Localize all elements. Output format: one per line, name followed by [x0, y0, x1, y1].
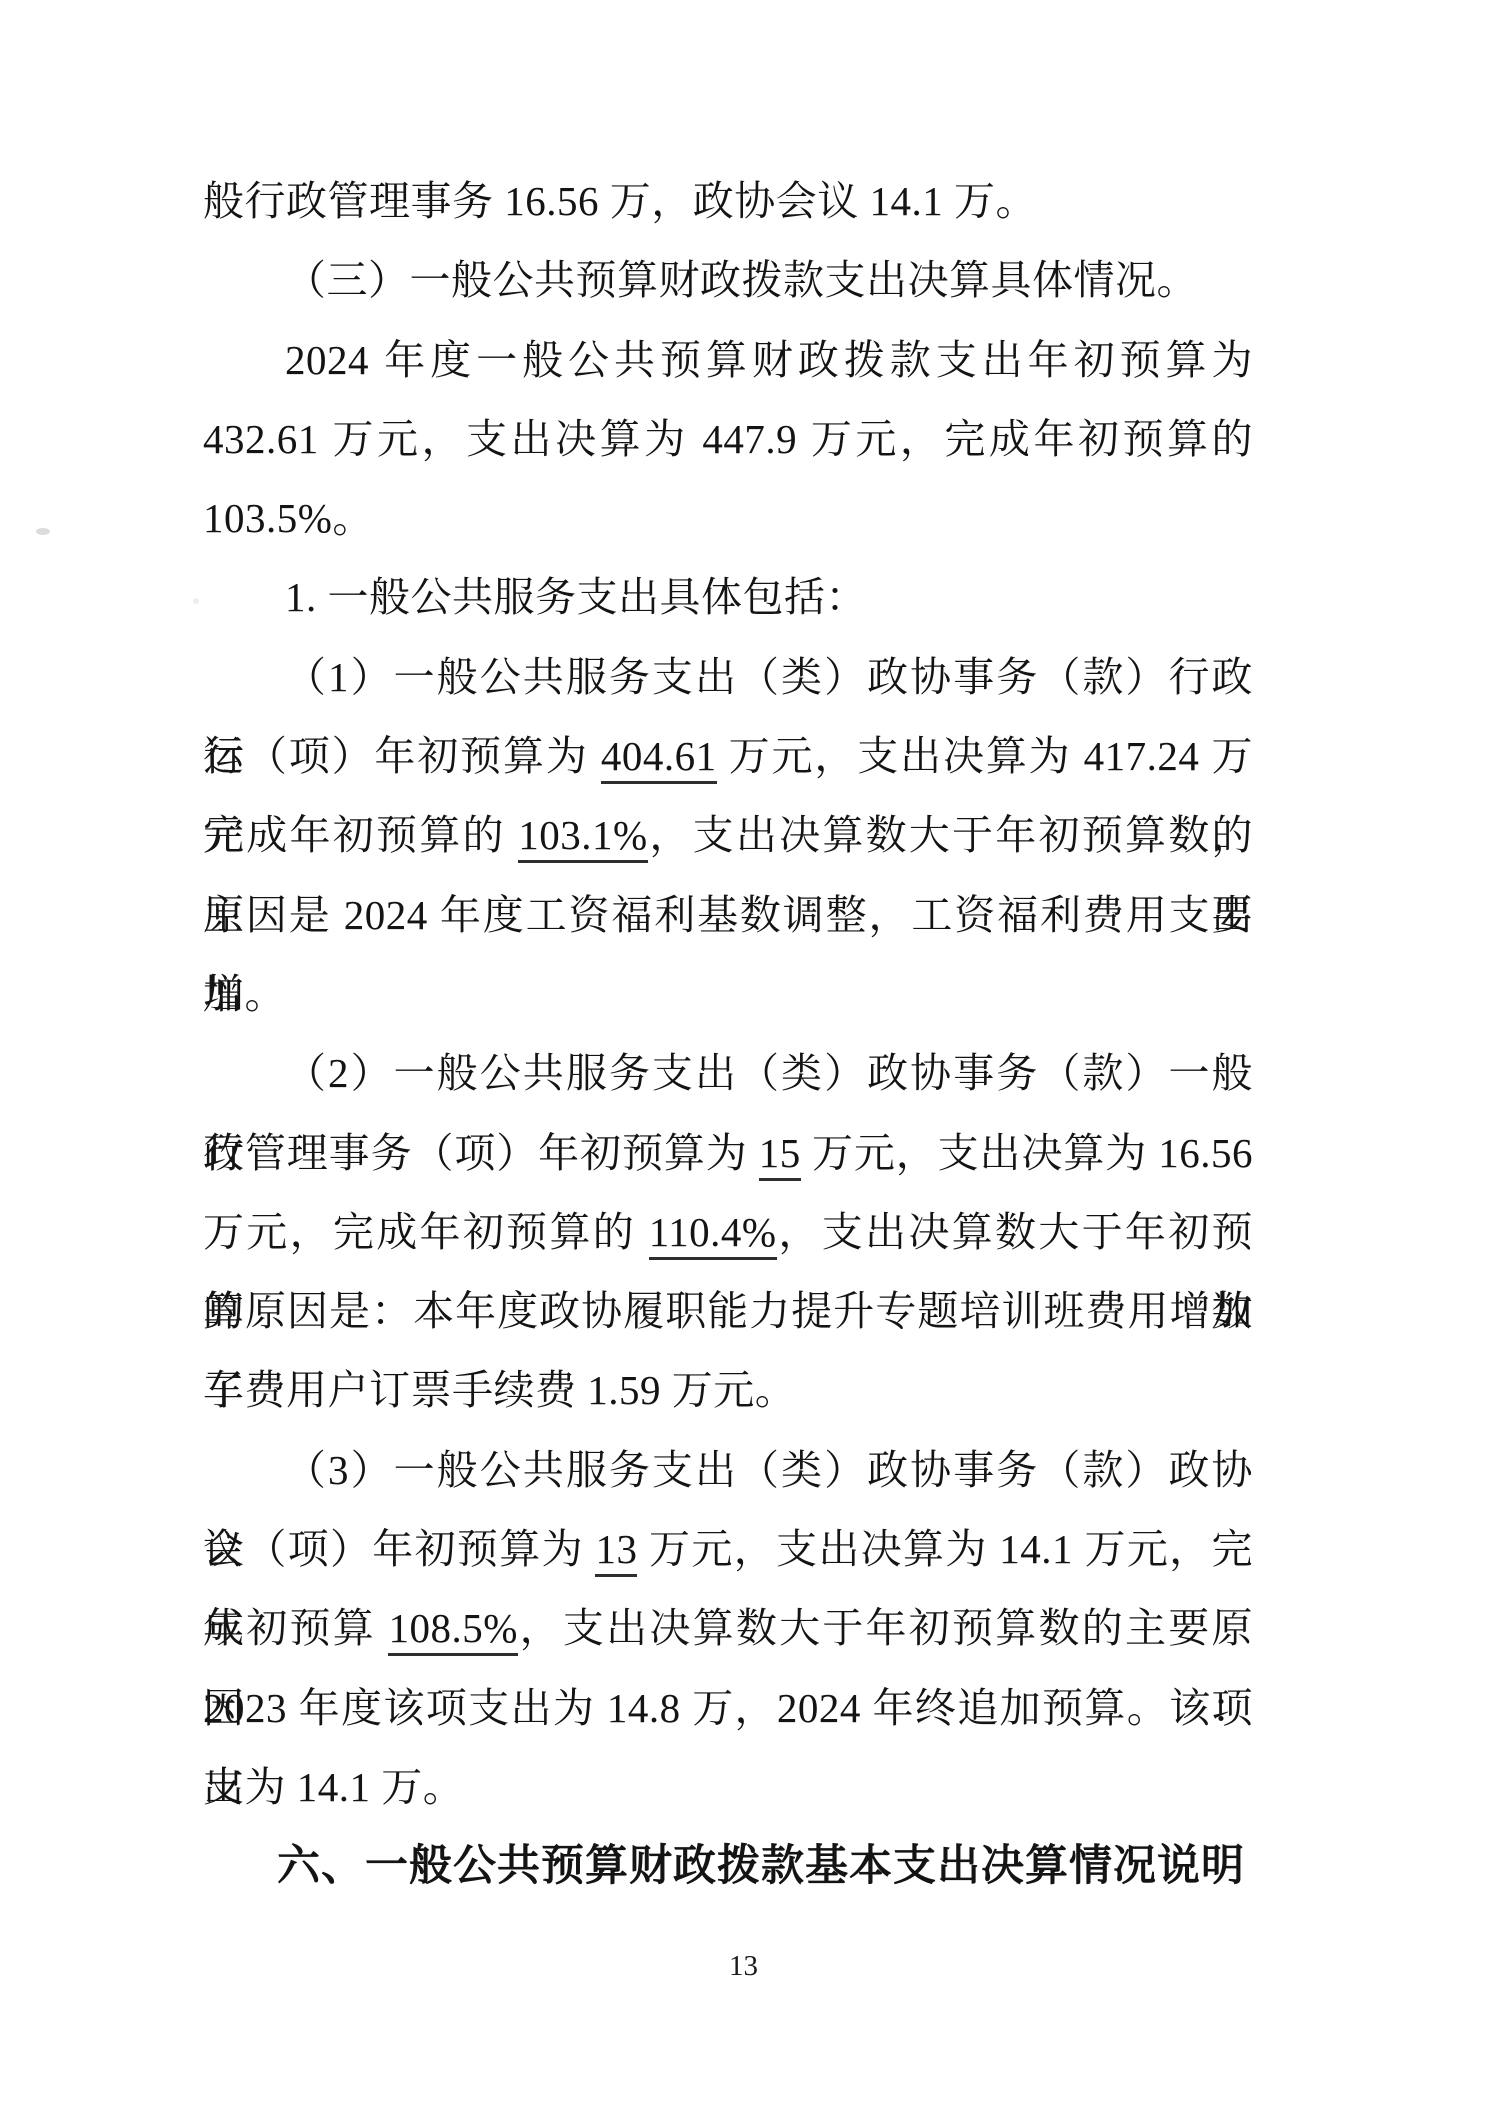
- underlined-value: 13: [595, 1526, 637, 1577]
- scan-artifact: [193, 598, 199, 604]
- text-segment: 政管理事务（项）年初预算为: [203, 1130, 759, 1176]
- text-segment: 年初预算: [203, 1605, 388, 1651]
- text-line: 政管理事务（项）年初预算为 15 万元，支出决算为 16.56: [203, 1114, 1253, 1193]
- text-line: 完成年初预算的 103.1%，支出决算数大于年初预算数的主要: [203, 796, 1253, 875]
- text-line: 出为 14.1 万。: [203, 1748, 1253, 1827]
- page-number: 13: [0, 1950, 1487, 1983]
- scan-artifact: [36, 528, 50, 535]
- underlined-value: 103.1%: [518, 812, 647, 863]
- text-segment: 行（项）年初预算为: [203, 733, 601, 779]
- section-heading: 六、一般公共预算财政拨款基本支出决算情况说明: [203, 1827, 1253, 1907]
- text-segment: 车费用户订票手续费 1.59 万元。: [203, 1367, 796, 1413]
- text-segment: 般行政管理事务 16.56 万，政协会议 14.1 万。: [203, 178, 1037, 224]
- text-segment: 103.5%。: [203, 495, 374, 541]
- underlined-value: 108.5%: [388, 1605, 517, 1656]
- underlined-value: 15: [759, 1130, 801, 1181]
- text-segment: 万元，支出决算为 16.56: [801, 1130, 1253, 1176]
- text-line: 2024 年度一般公共预算财政拨款支出年初预算为: [203, 321, 1253, 400]
- text-line: （1）一般公共服务支出（类）政协事务（款）行政运: [203, 638, 1253, 717]
- text-line: （三）一般公共预算财政拨款支出决算具体情况。: [203, 241, 1253, 320]
- text-segment: 加。: [203, 971, 286, 1017]
- text-line: 1. 一般公共服务支出具体包括：: [203, 558, 1253, 637]
- text-line: 般行政管理事务 16.56 万，政协会议 14.1 万。: [203, 162, 1253, 241]
- text-segment: 议（项）年初预算为: [203, 1526, 595, 1572]
- text-segment: 出为 14.1 万。: [203, 1764, 464, 1810]
- text-line: （2）一般公共服务支出（类）政协事务（款）一般行: [203, 1034, 1253, 1113]
- text-line: 行（项）年初预算为 404.61 万元，支出决算为 417.24 万元，: [203, 717, 1253, 796]
- text-line: 的原因是：本年度政协履职能力提升专题培训班费用增加了: [203, 1272, 1253, 1351]
- text-segment: （三）一般公共预算财政拨款支出决算具体情况。: [285, 257, 1198, 303]
- text-line: 年初预算 108.5%，支出决算数大于年初预算数的主要原因：: [203, 1589, 1253, 1668]
- text-line: 103.5%。: [203, 479, 1253, 558]
- underlined-value: 404.61: [601, 733, 717, 784]
- text-segment: 完成年初预算的: [203, 812, 518, 858]
- text-line: 议（项）年初预算为 13 万元，支出决算为 14.1 万元，完成: [203, 1510, 1253, 1589]
- text-line: （3）一般公共服务支出（类）政协事务（款）政协会: [203, 1431, 1253, 1510]
- text-line: 加。: [203, 955, 1253, 1034]
- text-segment: 1. 一般公共服务支出具体包括：: [285, 574, 867, 620]
- text-segment: 432.61 万元，支出决算为 447.9 万元，完成年初预算的: [203, 416, 1253, 462]
- text-line: 432.61 万元，支出决算为 447.9 万元，完成年初预算的: [203, 400, 1253, 479]
- text-line: 原因是 2024 年度工资福利基数调整，工资福利费用支出增: [203, 876, 1253, 955]
- document-body: 般行政管理事务 16.56 万，政协会议 14.1 万。（三）一般公共预算财政拨…: [203, 162, 1253, 1827]
- text-segment: 2024 年度一般公共预算财政拨款支出年初预算为: [285, 337, 1253, 383]
- document-page: 般行政管理事务 16.56 万，政协会议 14.1 万。（三）一般公共预算财政拨…: [0, 0, 1487, 2102]
- text-segment: 万元，完成年初预算的: [203, 1209, 649, 1255]
- text-line: 2023 年度该项支出为 14.8 万，2024 年终追加预算。该项支: [203, 1669, 1253, 1748]
- text-line: 车费用户订票手续费 1.59 万元。: [203, 1351, 1253, 1430]
- text-line: 万元，完成年初预算的 110.4%，支出决算数大于年初预算数: [203, 1193, 1253, 1272]
- underlined-value: 110.4%: [649, 1209, 777, 1260]
